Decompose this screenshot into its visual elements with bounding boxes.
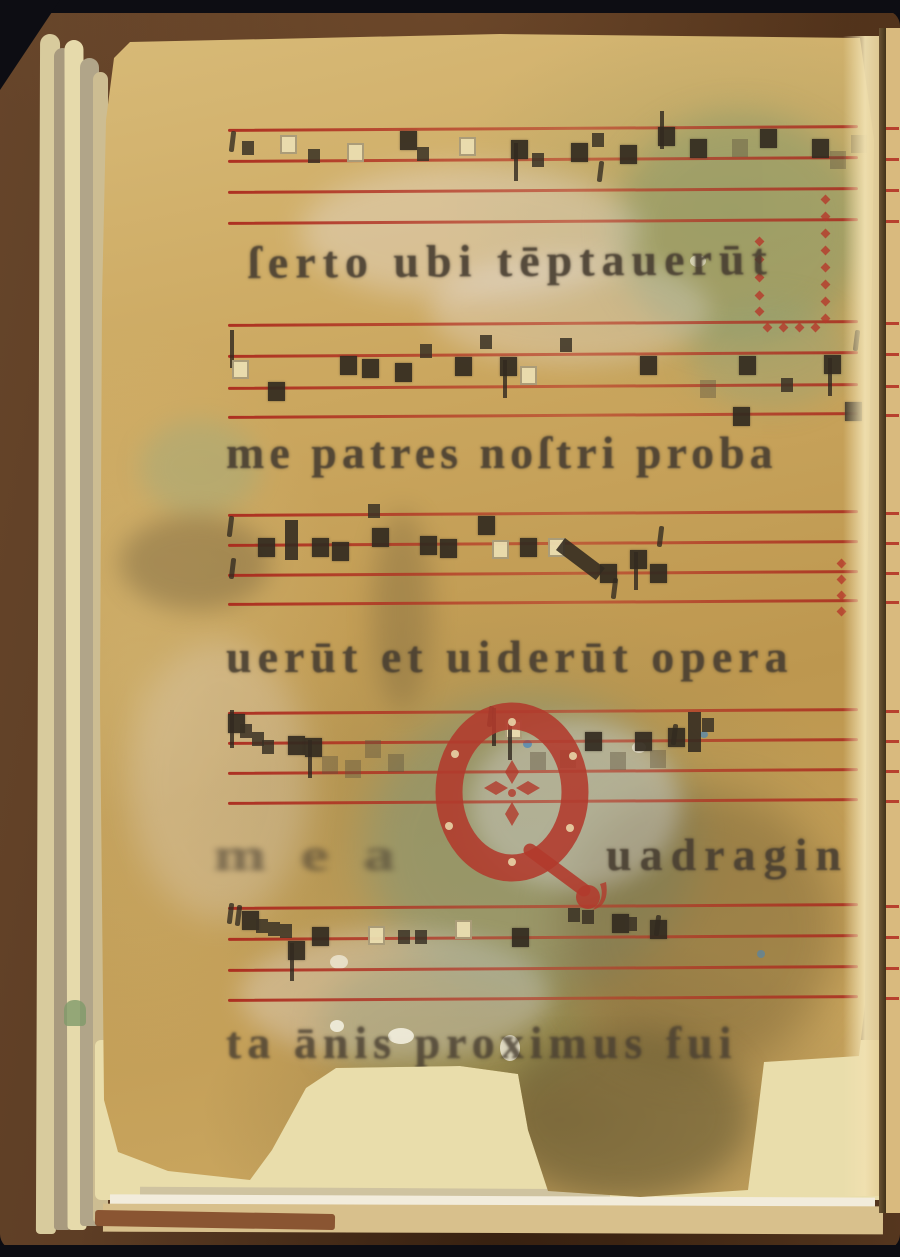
facing-page-staff-line-stub	[886, 189, 899, 192]
facing-page-staff-line-stub	[886, 936, 899, 939]
facing-page-staff-line-stub	[886, 414, 899, 417]
chant-text-line-2: me patres noſtri proba	[226, 426, 778, 479]
chant-text-line-4-right: uadragin	[606, 828, 849, 881]
red-ornament-dot	[821, 280, 831, 290]
red-ornament-dot	[755, 291, 765, 301]
facing-page-staff-line-stub	[886, 220, 899, 223]
background-bottom-edge	[0, 1245, 900, 1257]
facing-page-staff-line-stub	[886, 158, 899, 161]
red-ornament-dot	[795, 323, 805, 333]
red-ornament-dot	[821, 314, 831, 324]
facing-page-staff-line-stub	[886, 512, 899, 515]
gutter-crease-shadow	[879, 28, 886, 1213]
chant-text-line-3: uerūt et uiderūt opera	[226, 630, 794, 683]
facing-page-staff-line-stub	[886, 542, 899, 545]
facing-page-staff-line-stub	[886, 967, 899, 970]
chant-text-line-4-left: mea	[214, 828, 430, 881]
red-ornament-dot	[821, 263, 831, 273]
facing-page-staff-line-stub	[886, 572, 899, 575]
red-ornament-dot	[821, 297, 831, 307]
gutter-highlight	[843, 36, 883, 1196]
red-ornament-dot	[821, 229, 831, 239]
red-ornament-dot	[821, 212, 831, 222]
facing-page-staff-line-stub	[886, 353, 899, 356]
chant-text-line-5: ta ānis proximus fui	[226, 1016, 738, 1069]
manuscript-photo: ſerto ubi tēptauerūt me patres noſtri pr…	[0, 0, 900, 1257]
red-ornament-dot	[811, 323, 821, 333]
initial-letter-q	[418, 698, 630, 916]
red-ornament-dot	[755, 307, 765, 317]
facing-page-staff-line-stub	[886, 601, 899, 604]
facing-page-staff-line-stub	[886, 740, 899, 743]
facing-page-staff-line-stub	[886, 770, 899, 773]
chant-text-line-1: ſerto ubi tēptauerūt	[248, 232, 774, 289]
facing-page-staff-line-stub	[886, 997, 899, 1000]
facing-page-staff-line-stub	[886, 385, 899, 388]
facing-page-staff-line-stub	[886, 905, 899, 908]
facing-page-staff-line-stub	[886, 127, 899, 130]
red-ornament-dot	[779, 323, 789, 333]
facing-page-staff-line-stub	[886, 710, 899, 713]
red-ornament-dot	[821, 246, 831, 256]
red-ornament-dot	[763, 323, 773, 333]
red-ornament-dot	[821, 195, 831, 205]
facing-page-staff-line-stub	[886, 800, 899, 803]
facing-page-sliver	[886, 28, 900, 1213]
page-edge-green-mark	[64, 1000, 86, 1026]
facing-page-staff-line-stub	[886, 322, 899, 325]
background-top-edge	[0, 0, 900, 13]
